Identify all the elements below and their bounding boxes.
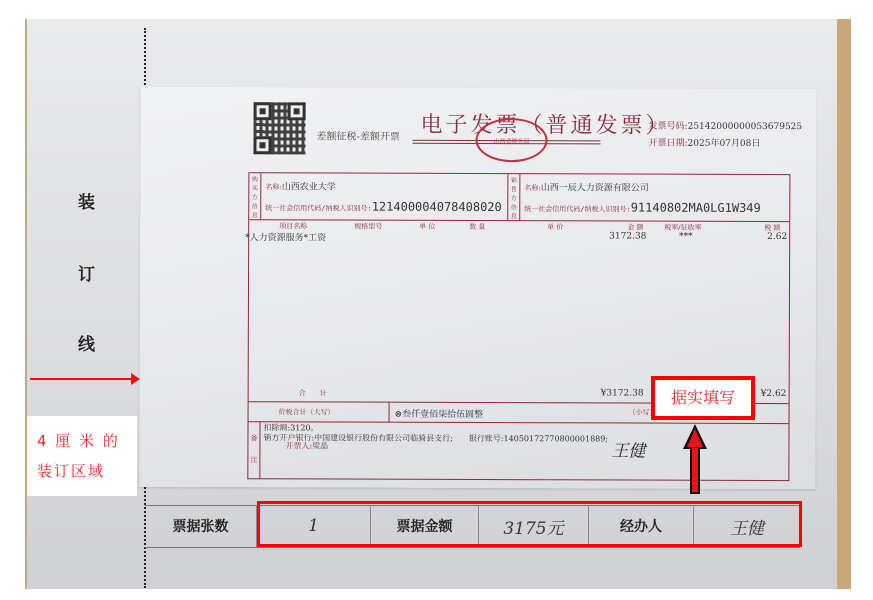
qr-code-icon [253,102,305,154]
item-tax: 2.62 [767,232,787,242]
subtotal-label: 合 计 [299,388,327,398]
buyer-section-label: 购买方信息 [249,173,261,219]
total-divider [389,403,390,423]
binding-char-1: 装 [78,188,95,213]
up-arrow-icon [683,424,707,449]
tax-stamp-icon: 山西省税务局 [475,118,547,162]
remark-label: 备注 [248,421,260,478]
binding-char-2: 订 [78,260,95,285]
subtotal-tax: ¥2.62 [761,389,787,399]
seller-section-label: 销售方信息 [508,174,520,220]
col-header-qty: 数 量 [469,222,485,232]
invoice-type-note: 差额征税-差额开票 [317,127,400,142]
binding-area-note: 4 厘 米 的 装订区域 [27,416,137,496]
form-bottom-line [145,547,800,548]
col-header-price: 单 价 [547,222,563,232]
col-header-unit: 单 位 [419,222,435,232]
handwritten-signature: 王健 [611,436,645,461]
count-label-cell: 票据张数 [145,505,257,547]
buyer-tax-id: 统一社会信用代码/纳税人识别号:121400004078408020 [265,199,502,214]
total-words-label: 价税合计（大写） [279,407,335,417]
fill-truthfully-callout: 据实填写 [651,376,755,420]
subtotal-amount: ¥3172.38 [601,388,644,398]
issuer: 开票人:梁晶 [285,440,328,451]
invoice-number: 发票号码:25142000000053679525 [649,119,803,133]
up-arrow-shaft [690,448,700,494]
col-header-spec: 规格型号 [354,222,382,232]
buyer-name: 名称:山西农业大学 [265,179,335,192]
seller-tax-id: 统一社会信用代码/纳税人识别号:91140802MA0LG1W349 [524,200,761,215]
item-name: *人力资源服务*工资 [245,230,326,243]
highlight-frame [257,501,802,547]
electronic-invoice: 差额征税-差额开票 电子发票（普通发票） 山西省税务局 发票号码:2514200… [139,87,816,489]
binding-note-line2: 装订区域 [37,456,137,486]
total-words: ⊗叁仟壹佰柒拾伍圆整 [395,407,484,420]
binding-arrow-icon [30,378,132,380]
count-label: 票据张数 [173,516,229,536]
remark-section: 备注 扣除额:3120。 销方开户银行:中国建设银行股份有限公司临猗县支行; 银… [247,421,789,481]
binding-note-line1: 4 厘 米 的 [37,426,137,456]
binding-char-3: 线 [78,330,95,355]
item-amount: 3172.38 [609,231,646,241]
party-row: 购买方信息 名称:山西农业大学 统一社会信用代码/纳税人识别号:12140000… [249,173,789,222]
seller-name: 名称:山西一辰人力资源有限公司 [524,180,648,193]
invoice-date: 开票日期:2025年07月08日 [648,136,760,149]
item-rate: *** [679,232,693,242]
